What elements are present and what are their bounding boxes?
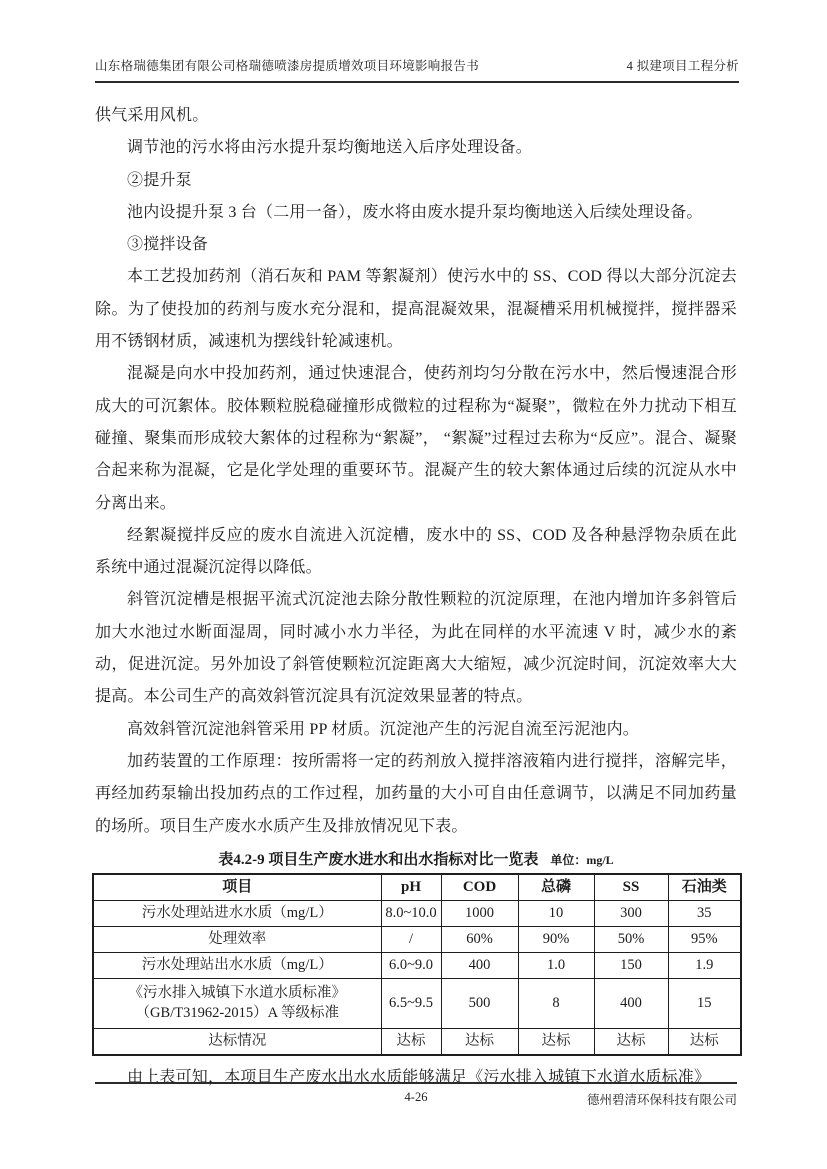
table-header-cell: SS: [594, 874, 668, 901]
page-body: 供气采用风机。 调节池的污水将由污水提升泵均衡地送入后序处理设备。 ②提升泵 池…: [95, 100, 737, 1094]
table-cell: 400: [441, 952, 518, 978]
paragraph: ②提升泵: [95, 165, 737, 197]
table-header-row: 项目 pH COD 总磷 SS 石油类: [93, 874, 741, 901]
table-cell: 达标: [594, 1028, 668, 1055]
paragraph: 调节池的污水将由污水提升泵均衡地送入后序处理设备。: [95, 132, 737, 164]
page-header: 山东格瑞德集团有限公司格瑞德喷漆房提质增效项目环境影响报告书 4 拟建项目工程分…: [95, 56, 739, 83]
table-cell: 1000: [441, 900, 518, 926]
footer-company: 德州碧清环保科技有限公司: [587, 1090, 737, 1108]
table-cell: 8: [518, 978, 594, 1028]
table-row: 污水处理站进水水质（mg/L） 8.0~10.0 1000 10 300 35: [93, 900, 741, 926]
table-caption: 表4.2-9 项目生产废水进水和出水指标对比一览表单位：mg/L: [95, 847, 737, 873]
table-header-cell: 项目: [93, 874, 381, 901]
header-chapter-title: 4 拟建项目工程分析: [627, 56, 739, 74]
paragraph: 池内设提升泵 3 台（二用一备），废水将由废水提升泵均衡地送入后续处理设备。: [95, 197, 737, 229]
table-cell: 达标: [381, 1028, 441, 1055]
table-unit-label: 单位：mg/L: [550, 853, 613, 867]
table-cell: /: [381, 926, 441, 952]
table-caption-text: 表4.2-9 项目生产废水进水和出水指标对比一览表: [218, 852, 538, 868]
table-cell: 60%: [441, 926, 518, 952]
table-header-cell: 总磷: [518, 874, 594, 901]
table-cell: 95%: [668, 926, 741, 952]
table-cell: 1.9: [668, 952, 741, 978]
wastewater-indicator-table: 项目 pH COD 总磷 SS 石油类 污水处理站进水水质（mg/L） 8.0~…: [92, 873, 742, 1056]
table-row: 污水处理站出水水质（mg/L） 6.0~9.0 400 1.0 150 1.9: [93, 952, 741, 978]
table-cell: 达标情况: [93, 1028, 381, 1055]
page-footer: 4-26 德州碧清环保科技有限公司: [95, 1082, 737, 1114]
table-cell: 50%: [594, 926, 668, 952]
table-cell: 《污水排入城镇下水道水质标准》 （GB/T31962-2015）A 等级标准: [93, 978, 381, 1028]
table-cell: 达标: [441, 1028, 518, 1055]
table-cell: 6.5~9.5: [381, 978, 441, 1028]
table-cell: 500: [441, 978, 518, 1028]
table-header-cell: COD: [441, 874, 518, 901]
table-cell: 污水处理站进水水质（mg/L）: [93, 900, 381, 926]
table-cell: 达标: [668, 1028, 741, 1055]
paragraph: 高效斜管沉淀池斜管采用 PP 材质。沉淀池产生的污泥自流至污泥池内。: [95, 714, 737, 746]
table-header-cell: 石油类: [668, 874, 741, 901]
table-cell: 35: [668, 900, 741, 926]
table-row: 《污水排入城镇下水道水质标准》 （GB/T31962-2015）A 等级标准 6…: [93, 978, 741, 1028]
table-row: 处理效率 / 60% 90% 50% 95%: [93, 926, 741, 952]
paragraph: 加药装置的工作原理：按所需将一定的药剂放入搅拌溶液箱内进行搅拌，溶解完毕，再经加…: [95, 746, 737, 843]
table-cell: 90%: [518, 926, 594, 952]
paragraph: ③搅拌设备: [95, 229, 737, 261]
paragraph: 本工艺投加药剂（消石灰和 PAM 等絮凝剂）使污水中的 SS、COD 得以大部分…: [95, 261, 737, 358]
table-cell: 达标: [518, 1028, 594, 1055]
paragraph: 供气采用风机。: [95, 100, 737, 132]
table-cell: 污水处理站出水水质（mg/L）: [93, 952, 381, 978]
table-cell: 处理效率: [93, 926, 381, 952]
table-cell: 300: [594, 900, 668, 926]
paragraph: 斜管沉淀槽是根据平流式沉淀池去除分散性颗粒的沉淀原理，在池内增加许多斜管后加大水…: [95, 584, 737, 713]
table-row: 达标情况 达标 达标 达标 达标 达标: [93, 1028, 741, 1055]
table-cell: 8.0~10.0: [381, 900, 441, 926]
table-cell: 400: [594, 978, 668, 1028]
document-page: 山东格瑞德集团有限公司格瑞德喷漆房提质增效项目环境影响报告书 4 拟建项目工程分…: [0, 0, 827, 1169]
table-header-cell: pH: [381, 874, 441, 901]
paragraph: 经絮凝搅拌反应的废水自流进入沉淀槽，废水中的 SS、COD 及各种悬浮物杂质在此…: [95, 520, 737, 585]
table-cell: 10: [518, 900, 594, 926]
table-cell: 6.0~9.0: [381, 952, 441, 978]
table-cell: 150: [594, 952, 668, 978]
paragraph: 混凝是向水中投加药剂，通过快速混合，使药剂均匀分散在污水中，然后慢速混合形成大的…: [95, 358, 737, 519]
header-report-title: 山东格瑞德集团有限公司格瑞德喷漆房提质增效项目环境影响报告书: [95, 56, 479, 74]
table-cell: 1.0: [518, 952, 594, 978]
table-cell: 15: [668, 978, 741, 1028]
